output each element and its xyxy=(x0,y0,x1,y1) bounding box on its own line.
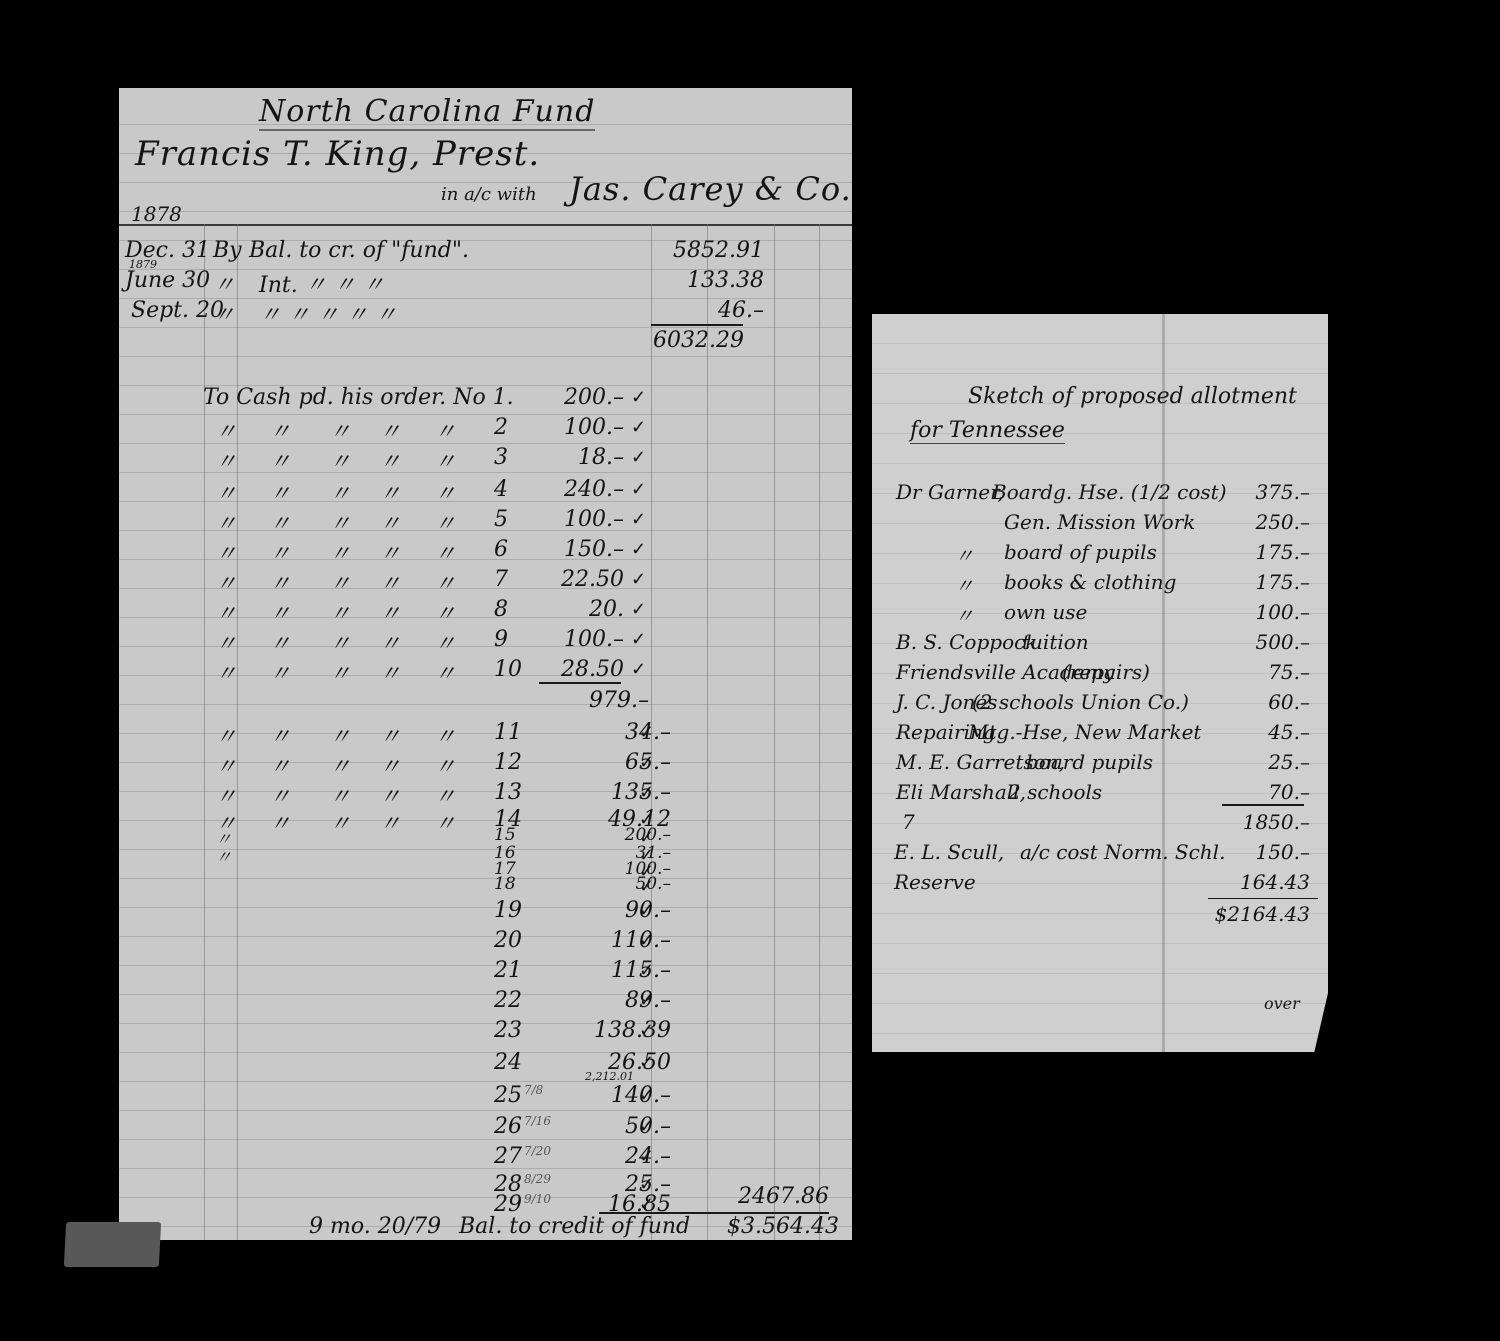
order-number: 9 xyxy=(494,627,508,652)
order-amount: 50.– xyxy=(559,874,671,894)
check-mark-icon: ✓ xyxy=(631,509,646,530)
credit-total-row: 6032.29 xyxy=(119,328,852,356)
ditto-mark: 〃 xyxy=(215,537,237,568)
order-row: 〃〃〃〃〃5100.–✓ xyxy=(119,507,852,535)
allotment-payee: Dr Garner, xyxy=(896,480,1004,504)
ditto-mark: 〃 xyxy=(379,567,401,598)
order-amount: 138.39 xyxy=(559,1018,671,1043)
allotment-description: own use xyxy=(1004,600,1087,624)
order-amount: 135.– xyxy=(559,780,671,805)
allotment-payee: B. S. Coppock xyxy=(896,630,1037,654)
check-mark-icon: ✓ xyxy=(639,722,654,743)
order-number: 22 xyxy=(494,988,522,1013)
sum-line xyxy=(539,682,621,684)
check-mark-icon: ✓ xyxy=(639,1116,654,1137)
order-amount: 150.– xyxy=(519,537,624,562)
check-mark-icon: ✓ xyxy=(639,960,654,981)
allotment-amount: 150.– xyxy=(1255,840,1310,864)
closing-balance-row: 9 mo. 20/79 Bal. to credit of fund $3.56… xyxy=(119,1214,852,1242)
allotment-amount: 250.– xyxy=(1255,510,1310,534)
order-row: 23138.39✓ xyxy=(119,1018,852,1046)
ditto-mark: 〃 xyxy=(269,657,291,688)
ditto-mark: 〃 xyxy=(379,445,401,476)
ditto-mark: 〃 xyxy=(379,415,401,446)
ditto-mark: 〃 xyxy=(215,750,237,781)
check-mark-icon: ✓ xyxy=(631,479,646,500)
order-number: 27 xyxy=(494,1144,522,1169)
credit-date: Sept. 20 xyxy=(131,298,224,323)
ditto-mark: 〃 xyxy=(215,597,237,628)
order-amount: 50.– xyxy=(559,1114,671,1139)
sketch-title-line1: Sketch of proposed allotment xyxy=(968,384,1297,409)
header-rule xyxy=(119,224,852,226)
allotment-payee: Eli Marshall, xyxy=(896,780,1026,804)
check-mark-icon: ✓ xyxy=(631,417,646,438)
order-row: 〃〃〃〃〃6150.–✓ xyxy=(119,537,852,565)
ditto-mark: 〃 xyxy=(434,445,456,476)
ditto-mark: 〃 xyxy=(434,507,456,538)
order-amount: 89.– xyxy=(559,988,671,1013)
order-number: 5 xyxy=(494,507,508,532)
order-row: 1990.–✓ xyxy=(119,898,852,926)
ditto-mark: 〃 xyxy=(329,657,351,688)
firm-name: Jas. Carey & Co. xyxy=(569,170,852,208)
ledger-page: North Carolina Fund Francis T. King, Pre… xyxy=(119,88,852,1240)
order-amount: 20. xyxy=(519,597,624,622)
check-mark-icon: ✓ xyxy=(639,876,654,897)
allotment-amount: 175.– xyxy=(1255,540,1310,564)
order-number: 7 xyxy=(494,567,508,592)
allotment-amount: 45.– xyxy=(1268,720,1310,744)
closing-date: 9 mo. 20/79 xyxy=(309,1214,441,1239)
order-amount: 200.– xyxy=(559,825,671,845)
ditto-mark: 〃 xyxy=(434,567,456,598)
credit-amount: 133.38 xyxy=(644,268,764,293)
ditto-mark: 〃 xyxy=(329,750,351,781)
allotment-grand-total-row: $2164.43 xyxy=(872,902,1328,932)
ditto-mark: 〃 xyxy=(379,507,401,538)
allotment-description: tuition xyxy=(1022,630,1089,654)
ditto-mark: 〃 xyxy=(215,415,237,446)
ditto-mark: 〃 xyxy=(379,657,401,688)
order-amount: 140.– xyxy=(559,1083,671,1108)
allotment-amount: 75.– xyxy=(1268,660,1310,684)
check-mark-icon: ✓ xyxy=(639,752,654,773)
ditto-mark: 〃 xyxy=(215,567,237,598)
order-amount: 28.50 xyxy=(519,657,624,682)
allotment-description: Mtg.-Hse, New Market xyxy=(968,720,1201,744)
allotment-amount: 25.– xyxy=(1268,750,1310,774)
order-row: 〃〃〃〃〃820.✓ xyxy=(119,597,852,625)
check-mark-icon: ✓ xyxy=(639,1052,654,1073)
allotment-description: books & clothing xyxy=(1004,570,1176,594)
account-holder: Francis T. King, Prest. xyxy=(135,134,540,174)
allotment-subtotal-row: 7 1850.– xyxy=(872,810,1328,840)
ditto-mark: 〃 xyxy=(329,720,351,751)
allotment-description: a/c cost Norm. Schl. xyxy=(1020,840,1225,864)
ditto-mark: 〃 xyxy=(329,567,351,598)
ditto-mark: 〃 xyxy=(329,507,351,538)
over-note: over xyxy=(1264,994,1300,1013)
ditto-mark: 〃 xyxy=(329,627,351,658)
ditto-mark: 〃 xyxy=(269,445,291,476)
allotment-amount: 175.– xyxy=(1255,570,1310,594)
allotment-amount: 500.– xyxy=(1255,630,1310,654)
ditto-mark: 〃 xyxy=(329,415,351,446)
ditto-mark: 〃 xyxy=(434,415,456,446)
credit-prefix: 〃 xyxy=(213,298,235,329)
order-number: 23 xyxy=(494,1018,522,1043)
allotment-row: RepairingMtg.-Hse, New Market45.– xyxy=(872,720,1328,750)
sum-line xyxy=(1222,804,1304,806)
order-row: 2426.50✓ xyxy=(119,1050,852,1078)
allotment-amount: 100.– xyxy=(1255,600,1310,624)
order-row: 〃〃〃〃〃4240.–✓ xyxy=(119,477,852,505)
ditto-mark: 〃 xyxy=(269,477,291,508)
order-amount: 100.– xyxy=(519,627,624,652)
order-date: 7/16 xyxy=(524,1114,551,1128)
ditto-mark: 〃 xyxy=(215,445,237,476)
order-amount: 22.50 xyxy=(519,567,624,592)
check-mark-icon: ✓ xyxy=(631,599,646,620)
ditto-mark: 〃 xyxy=(215,477,237,508)
check-mark-icon: ✓ xyxy=(631,629,646,650)
ditto-mark: 〃 xyxy=(269,415,291,446)
pencil-note: 2,212.01 xyxy=(585,1070,634,1083)
order-amount: 200.– xyxy=(519,385,624,410)
allotment-description: Boardg. Hse. (1/2 cost) xyxy=(992,480,1227,504)
allotment-row: Dr Garner,Boardg. Hse. (1/2 cost)375.– xyxy=(872,480,1328,510)
closing-amount: $3.564.43 xyxy=(719,1214,839,1239)
credit-row: Sept. 20 〃 〃 〃 〃 〃 〃 46.– xyxy=(119,298,852,326)
allotment-amount: 375.– xyxy=(1255,480,1310,504)
order-number: 20 xyxy=(494,928,522,953)
credit-description: Int. 〃 〃 〃 xyxy=(259,268,385,299)
credit-amount: 5852.91 xyxy=(644,238,764,263)
order-amount: 240.– xyxy=(519,477,624,502)
order-row: 〃〃〃〃〃1265.–✓ xyxy=(119,750,852,778)
order-row: 〃〃〃〃〃1028.50✓ xyxy=(119,657,852,685)
check-mark-icon: ✓ xyxy=(631,447,646,468)
order-number: 26 xyxy=(494,1114,522,1139)
order-date: 7/20 xyxy=(524,1144,551,1158)
credit-prefix: 〃 xyxy=(213,268,235,299)
order-number: 19 xyxy=(494,898,522,923)
fund-title: North Carolina Fund xyxy=(259,94,595,131)
order-amount: 34.– xyxy=(559,720,671,745)
ditto-mark: 〃 xyxy=(329,477,351,508)
order-row: 200.–✓ xyxy=(119,385,852,413)
allotment-row: E. L. Scull, a/c cost Norm. Schl. 150.– xyxy=(872,840,1328,870)
allotment-row: 〃own use100.– xyxy=(872,600,1328,630)
allotment-grand-total: $2164.43 xyxy=(1215,902,1310,926)
closing-description: Bal. to credit of fund xyxy=(459,1214,690,1239)
credit-description: 〃 〃 〃 〃 〃 xyxy=(259,298,397,329)
ditto-mark: 〃 xyxy=(434,537,456,568)
order-row: 〃〃〃〃〃318.–✓ xyxy=(119,445,852,473)
sketch-title-line2: for Tennessee xyxy=(910,418,1065,444)
order-row: 20110.–✓ xyxy=(119,928,852,956)
allotment-amount: 164.43 xyxy=(1240,870,1310,894)
order-amount: 100.– xyxy=(519,507,624,532)
ditto-mark: 〃 xyxy=(269,537,291,568)
order-number: 4 xyxy=(494,477,508,502)
in-account-with-label: in a/c with xyxy=(441,184,537,205)
credit-total: 6032.29 xyxy=(644,328,744,353)
ditto-mark: 〃 xyxy=(379,720,401,751)
ditto-mark: 〃 xyxy=(215,720,237,751)
credit-row: June 30 〃 Int. 〃 〃 〃 133.38 xyxy=(119,268,852,296)
subtotal-row: 979.– xyxy=(119,688,852,716)
order-row: 267/1650.–✓ xyxy=(119,1114,852,1142)
ditto-mark: 〃 xyxy=(329,597,351,628)
order-amount: 115.– xyxy=(559,958,671,983)
order-number: 15 xyxy=(494,825,516,845)
order-row: 〃〃〃〃〃9100.–✓ xyxy=(119,627,852,655)
ditto-mark: 〃 xyxy=(269,750,291,781)
order-number: 11 xyxy=(494,720,522,745)
allotment-amount: 60.– xyxy=(1268,690,1310,714)
credit-description: Bal. to cr. of "fund". xyxy=(249,238,469,263)
order-number: 24 xyxy=(494,1050,522,1075)
allotment-subtotal: 1850.– xyxy=(1243,810,1310,834)
check-mark-icon: ✓ xyxy=(631,659,646,680)
allotment-description: (2 schools Union Co.) xyxy=(972,690,1189,714)
order-amount: 100.– xyxy=(519,415,624,440)
allotment-payee: Reserve xyxy=(894,870,976,894)
allotment-amount: 70.– xyxy=(1268,780,1310,804)
check-mark-icon: ✓ xyxy=(639,900,654,921)
order-row: 2289.–✓ xyxy=(119,988,852,1016)
order-amount: 110.– xyxy=(559,928,671,953)
ditto-mark: 〃 xyxy=(269,507,291,538)
ditto-mark: 〃 xyxy=(379,597,401,628)
check-mark-icon: ✓ xyxy=(631,569,646,590)
check-mark-icon: ✓ xyxy=(639,990,654,1011)
ditto-mark: 〃 xyxy=(434,720,456,751)
order-number: 25 xyxy=(494,1083,522,1108)
allotment-row: Gen. Mission Work250.– xyxy=(872,510,1328,540)
order-row: 〃〃〃〃〃13135.–✓ xyxy=(119,780,852,808)
allotment-row: Reserve 164.43 xyxy=(872,870,1328,900)
order-row: 277/2024.–✓ xyxy=(119,1144,852,1172)
ditto-mark: 〃 xyxy=(434,750,456,781)
allotment-description: board pupils xyxy=(1026,750,1153,774)
credit-row: Dec. 31 1879 By Bal. to cr. of "fund". 5… xyxy=(119,238,852,266)
check-mark-icon: ✓ xyxy=(631,387,646,408)
ditto-mark: 〃 xyxy=(269,720,291,751)
allotment-row: M. E. Garretson,board pupils25.– xyxy=(872,750,1328,780)
order-number: 2 xyxy=(494,415,508,440)
order-date: 7/8 xyxy=(524,1083,543,1097)
allotment-payee: 〃 xyxy=(954,540,974,569)
order-number: 21 xyxy=(494,958,522,983)
order-amount: 18.– xyxy=(519,445,624,470)
ditto-mark: 〃 xyxy=(434,657,456,688)
check-mark-icon: ✓ xyxy=(639,1020,654,1041)
ditto-mark: 〃 xyxy=(434,627,456,658)
allotment-description: Gen. Mission Work xyxy=(1004,510,1195,534)
allotment-description: 2 schools xyxy=(1008,780,1102,804)
ledger-year: 1878 xyxy=(131,202,182,226)
allotment-payee: 〃 xyxy=(954,570,974,599)
order-number: 13 xyxy=(494,780,522,805)
allotment-description: (repairs) xyxy=(1062,660,1150,684)
credit-prefix: By xyxy=(213,238,242,263)
allotment-row: J. C. Jones(2 schools Union Co.)60.– xyxy=(872,690,1328,720)
allotment-row: B. S. Coppocktuition500.– xyxy=(872,630,1328,660)
order-row: 〃〃〃〃〃1134.–✓ xyxy=(119,720,852,748)
allotment-payee: 〃 xyxy=(954,600,974,629)
sum-line xyxy=(1208,898,1318,899)
allotment-description: board of pupils xyxy=(1004,540,1157,564)
check-mark-icon: ✓ xyxy=(639,782,654,803)
order-number: 18 xyxy=(494,874,516,894)
order-row: 21115.–✓ xyxy=(119,958,852,986)
allotment-row: Friendsville Academy(repairs)75.– xyxy=(872,660,1328,690)
ditto-mark: 〃 xyxy=(434,597,456,628)
sum-line xyxy=(651,324,743,326)
ditto-mark: 〃 xyxy=(215,627,237,658)
ditto-mark: 〃 xyxy=(215,507,237,538)
order-number: 10 xyxy=(494,657,522,682)
check-mark-icon: ✓ xyxy=(639,930,654,951)
order-row: 〃〃〃〃〃2100.–✓ xyxy=(119,415,852,443)
check-mark-icon: ✓ xyxy=(639,1085,654,1106)
ditto-mark: 〃 xyxy=(379,750,401,781)
ditto-mark: 〃 xyxy=(379,627,401,658)
order-amount: 90.– xyxy=(559,898,671,923)
check-mark-icon: ✓ xyxy=(639,1146,654,1167)
debit-total-row: 2467.86 xyxy=(119,1184,852,1212)
debit-total: 2467.86 xyxy=(709,1184,829,1209)
order-amount: 65.– xyxy=(559,750,671,775)
allotment-sketch-page: Sketch of proposed allotment for Tenness… xyxy=(872,314,1328,1052)
order-row: 〃〃〃〃〃722.50✓ xyxy=(119,567,852,595)
subtotal-mark: 7 xyxy=(902,810,915,834)
allotment-payee: E. L. Scull, xyxy=(894,840,1004,864)
ditto-mark: 〃 xyxy=(379,537,401,568)
allotment-row: 〃books & clothing175.– xyxy=(872,570,1328,600)
subtotal-orders-1-10: 979.– xyxy=(539,688,649,713)
ditto-mark: 〃 xyxy=(329,537,351,568)
order-number: 8 xyxy=(494,597,508,622)
ditto-mark: 〃 xyxy=(379,477,401,508)
allotment-row: 〃board of pupils175.– xyxy=(872,540,1328,570)
ditto-mark: 〃 xyxy=(269,597,291,628)
order-number: 6 xyxy=(494,537,508,562)
credit-date: June 30 xyxy=(125,268,210,293)
credit-amount: 46.– xyxy=(644,298,764,323)
ditto-mark: 〃 xyxy=(215,657,237,688)
check-mark-icon: ✓ xyxy=(631,539,646,560)
order-amount: 24.– xyxy=(559,1144,671,1169)
order-row: 257/8140.–✓ xyxy=(119,1083,852,1111)
order-number: 3 xyxy=(494,445,508,470)
ditto-mark: 〃 xyxy=(329,445,351,476)
ditto-mark: 〃 xyxy=(269,627,291,658)
order-number: 12 xyxy=(494,750,522,775)
paper-tab-fragment xyxy=(64,1222,161,1267)
ditto-mark: 〃 xyxy=(434,477,456,508)
ditto-mark: 〃 xyxy=(269,567,291,598)
